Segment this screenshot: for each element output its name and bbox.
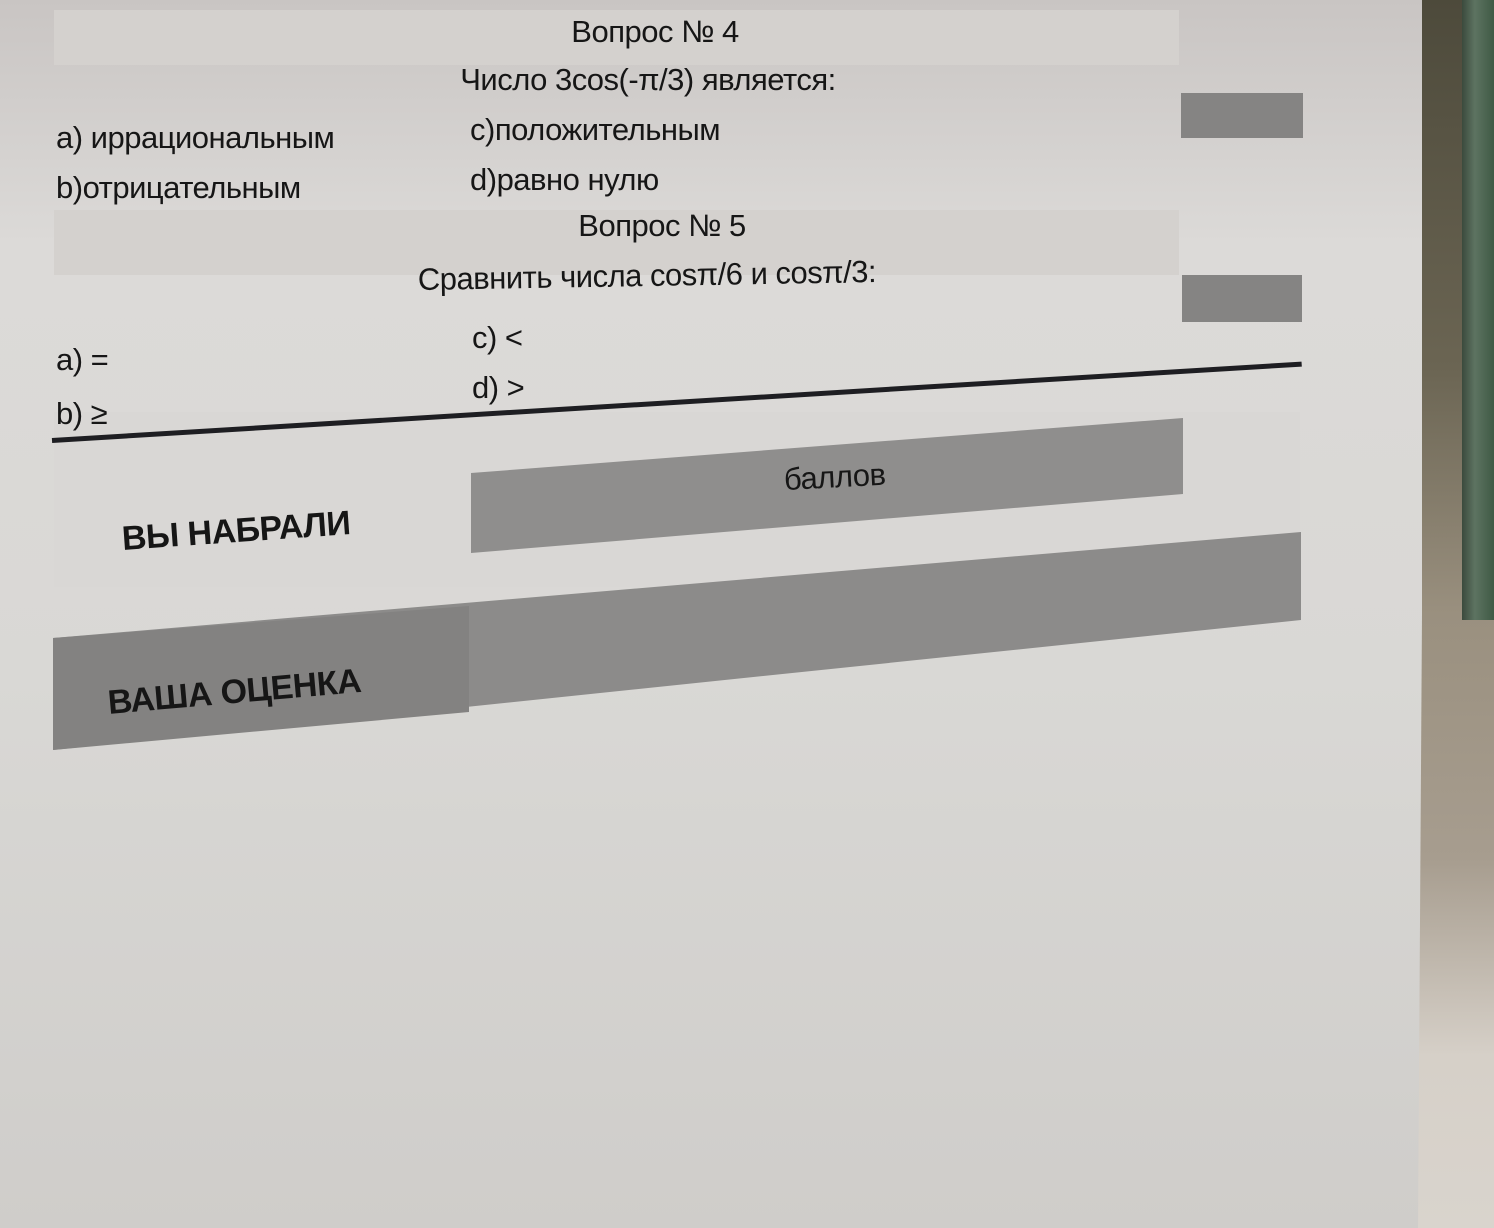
- question-5-prompt: Сравнить числа cosπ/6 и cosπ/3:: [418, 254, 877, 298]
- question-5-option-c: c) <: [472, 320, 523, 356]
- question-4-answer-box: [1181, 93, 1303, 138]
- question-4-option-a: а) иррациональным: [56, 120, 334, 156]
- question-5-heading: Вопрос № 5: [578, 208, 745, 244]
- points-unit: баллов: [783, 457, 886, 498]
- question-4-option-d: d)равно нулю: [470, 162, 659, 198]
- question-4-option-c: с)положительным: [470, 112, 720, 148]
- question-5-option-d: d) >: [472, 370, 524, 406]
- question-4-prompt: Число 3cos(-π/3) является:: [460, 62, 835, 98]
- question-4-heading: Вопрос № 4: [571, 14, 738, 50]
- question-5-option-b: b) ≥: [56, 396, 107, 432]
- background-object: [1462, 0, 1494, 620]
- question-5-answer-box: [1182, 275, 1302, 322]
- question-5-option-a: a) =: [56, 342, 108, 378]
- test-sheet: Вопрос № 4 Число 3cos(-π/3) является: а)…: [0, 0, 1422, 1228]
- question-4-option-b: b)отрицательным: [56, 170, 301, 206]
